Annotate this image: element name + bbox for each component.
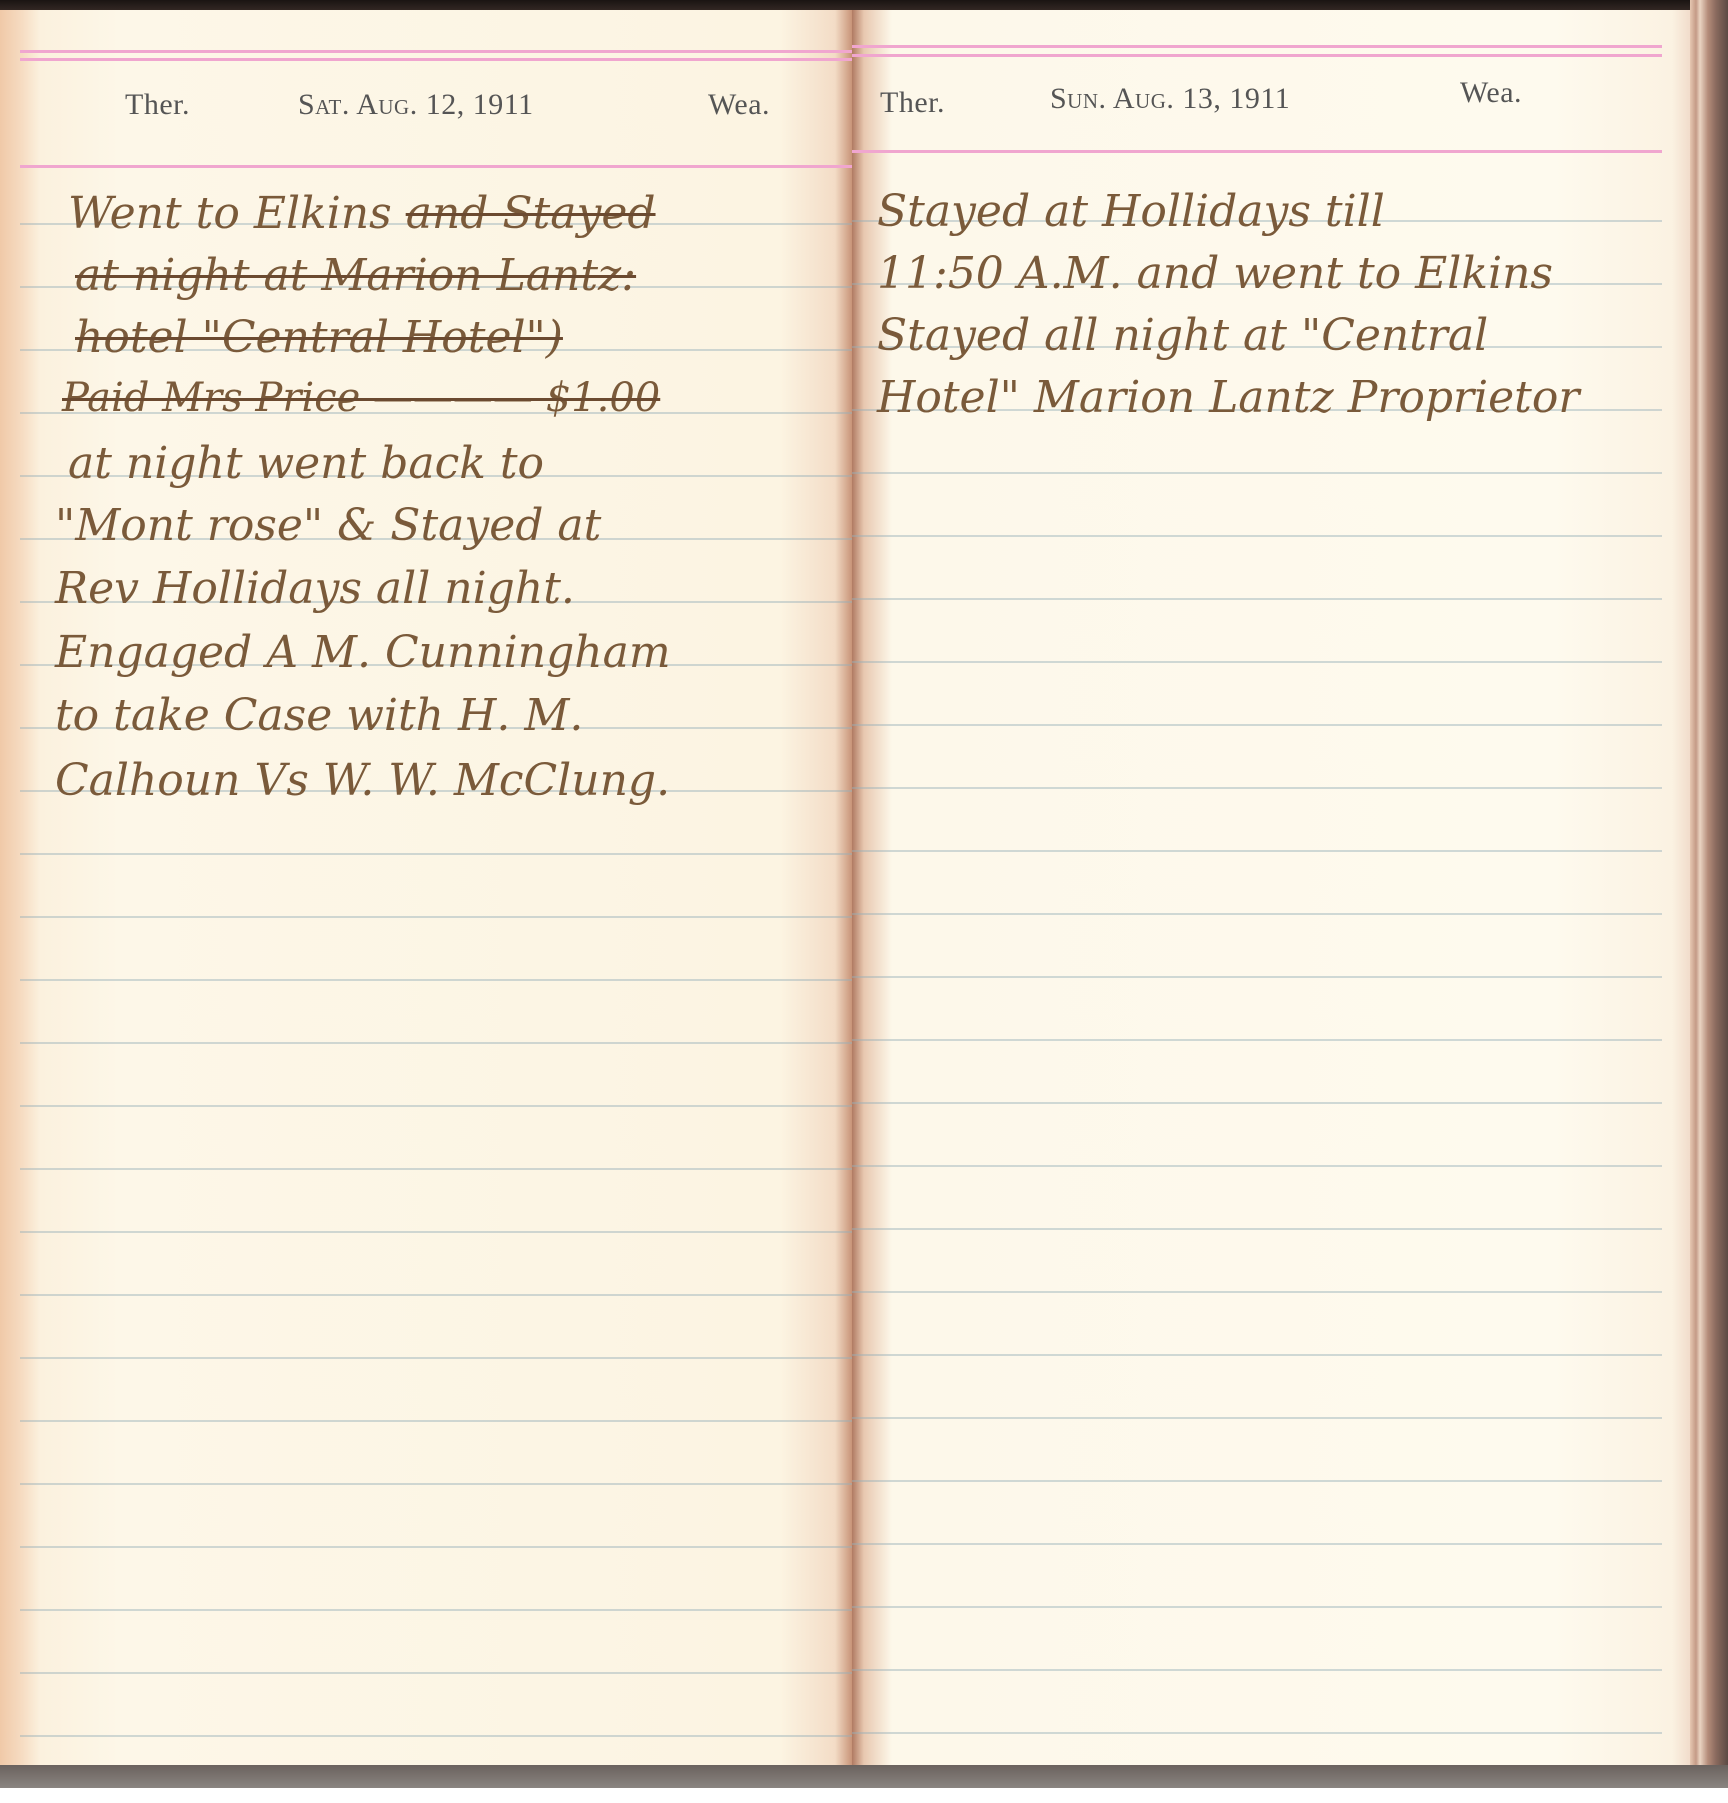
entry-line: Stayed all night at "Central [877, 310, 1488, 361]
page-date: Sun. Aug. 13, 1911 [1050, 82, 1290, 116]
weather-label: Wea. [708, 88, 770, 122]
header-rule-top [852, 45, 1662, 48]
entry-line-struck: hotel "Central Hotel") [75, 312, 563, 363]
entry-line: to take Case with H. M. [55, 690, 583, 741]
book-bottom-edge [0, 1765, 1728, 1803]
entry-line-struck: Paid Mrs Price ———— $1.00 [62, 375, 660, 421]
header-rule-bottom [852, 150, 1662, 153]
thermometer-label: Ther. [125, 88, 190, 122]
header-rule-top-2 [852, 54, 1662, 57]
header-rule-top-2 [20, 58, 852, 61]
entry-line: at night went back to [68, 438, 544, 489]
page-date: Sat. Aug. 12, 1911 [298, 88, 534, 122]
left-page: Ther. Sat. Aug. 12, 1911 Wea. Went to El… [0, 10, 852, 1765]
page-edges [1690, 0, 1728, 1765]
header-rule-bottom [20, 165, 852, 168]
entry-line-struck: at night at Marion Lantz: [75, 250, 636, 301]
entry-line: Stayed at Hollidays till [877, 186, 1385, 237]
entry-line: Calhoun Vs W. W. McClung. [55, 755, 670, 806]
thermometer-label: Ther. [880, 86, 945, 120]
right-page: Ther. Sun. Aug. 13, 1911 Wea. Stayed at … [852, 10, 1690, 1765]
diary-spread: Ther. Sat. Aug. 12, 1911 Wea. Went to El… [0, 0, 1728, 1803]
entry-line: Hotel" Marion Lantz Proprietor [877, 372, 1579, 423]
weather-label: Wea. [1460, 76, 1522, 110]
header-rule-top [20, 50, 852, 53]
entry-line: "Mont rose" & Stayed at [55, 500, 601, 551]
entry-line: Rev Hollidays all night. [55, 563, 575, 614]
entry-line: 11:50 A.M. and went to Elkins [877, 248, 1553, 299]
entry-line: Went to Elkins and Stayed [68, 188, 656, 239]
entry-line: Engaged A M. Cunningham [55, 627, 671, 678]
